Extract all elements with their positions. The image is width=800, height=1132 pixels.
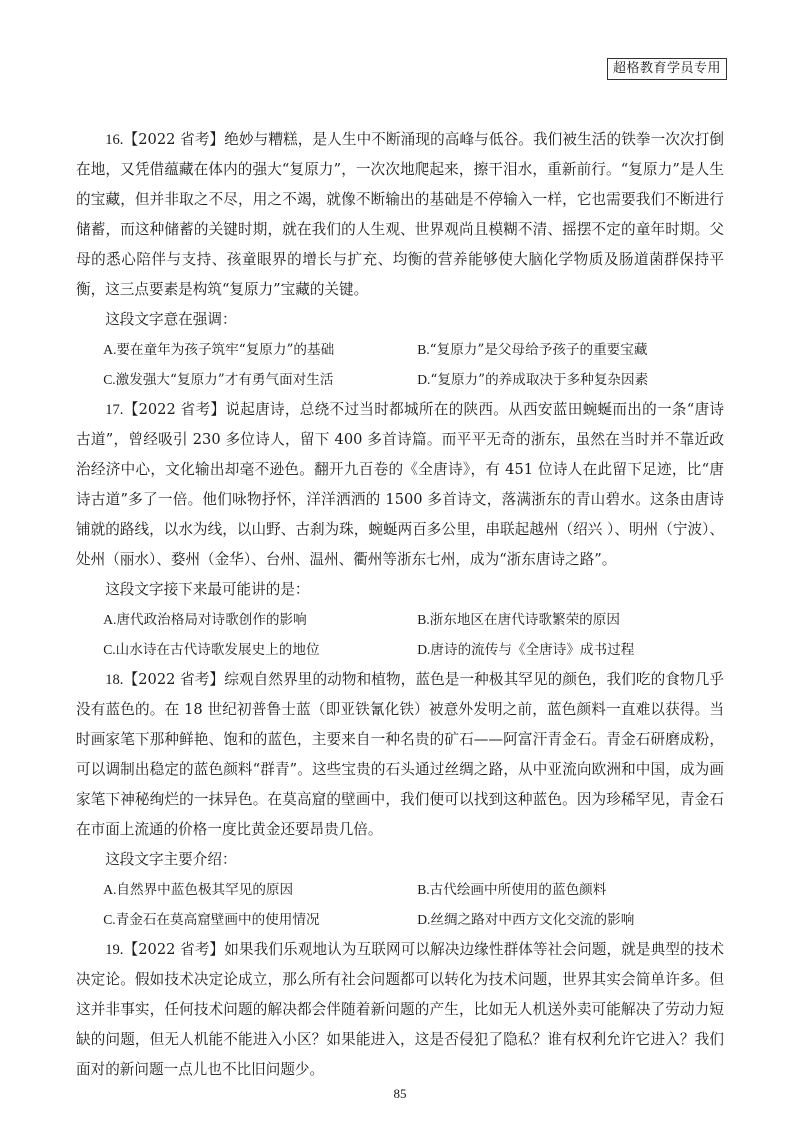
page-content: 16.【2022 省考】绝妙与糟糕，是人生中不断涌现的高峰与低谷。我们被生活的铁…	[76, 125, 724, 1085]
option-text: 激发强大“复原力”才有勇气面对生活	[116, 372, 334, 388]
option-text: 青金石在莫高窟壁画中的使用情况	[116, 912, 320, 928]
passage-text: 绝妙与糟糕，是人生中不断涌现的高峰与低谷。我们被生活的铁拳一次次打倒在地，又凭借…	[76, 131, 724, 298]
option-text: 要在童年为孩子筑牢“复原力”的基础	[116, 342, 334, 358]
question-number: 18.	[105, 672, 123, 688]
option-text: 山水诗在古代诗歌发展史上的地位	[116, 642, 320, 658]
option-c[interactable]: C.山水诗在古代诗歌发展史上的地位	[103, 635, 417, 665]
question-number: 19.	[105, 942, 123, 958]
passage-text: 说起唐诗，总绕不过当时都城所在的陕西。从西安蓝田蜿蜒而出的一条“唐诗古道”，曾经…	[76, 401, 724, 568]
passage-text: 综观自然界里的动物和植物，蓝色是一种极其罕见的颜色，我们吃的食物几乎没有蓝色的。…	[76, 671, 724, 838]
option-c[interactable]: C.激发强大“复原力”才有勇气面对生活	[103, 365, 417, 395]
option-letter: B.	[417, 882, 429, 897]
option-letter: C.	[103, 642, 115, 657]
option-text: “复原力”是父母给予孩子的重要宝藏	[430, 342, 648, 358]
option-d[interactable]: D.唐诗的流传与《全唐诗》成书过程	[417, 635, 731, 665]
question-source: 【2022 省考】	[123, 941, 224, 958]
option-letter: C.	[103, 912, 115, 927]
option-letter: A.	[103, 342, 116, 357]
question-passage: 17.【2022 省考】说起唐诗，总绕不过当时都城所在的陕西。从西安蓝田蜿蜒而出…	[76, 395, 724, 575]
option-d[interactable]: D.“复原力”的养成取决于多种复杂因素	[417, 365, 731, 395]
option-letter: B.	[417, 612, 429, 627]
question-number: 17.	[105, 402, 123, 418]
option-letter: D.	[417, 642, 430, 657]
option-text: “复原力”的养成取决于多种复杂因素	[430, 372, 648, 388]
option-d[interactable]: D.丝绸之路对中西方文化交流的影响	[417, 905, 731, 935]
option-a[interactable]: A.唐代政治格局对诗歌创作的影响	[103, 605, 417, 635]
question-passage: 18.【2022 省考】综观自然界里的动物和植物，蓝色是一种极其罕见的颜色，我们…	[76, 665, 724, 845]
question-prompt: 这段文字接下来最可能讲的是：	[76, 575, 724, 605]
header-badge: 超格教育学员专用	[607, 58, 727, 80]
options-list: A.唐代政治格局对诗歌创作的影响 B.浙东地区在唐代诗歌繁荣的原因 C.山水诗在…	[76, 605, 724, 665]
option-text: 唐诗的流传与《全唐诗》成书过程	[430, 642, 634, 658]
question-source: 【2022 省考】	[123, 131, 224, 148]
option-letter: B.	[417, 342, 429, 357]
option-letter: D.	[417, 372, 430, 387]
option-text: 古代绘画中所使用的蓝色颜料	[430, 882, 607, 898]
question-16: 16.【2022 省考】绝妙与糟糕，是人生中不断涌现的高峰与低谷。我们被生活的铁…	[76, 125, 724, 395]
option-text: 自然界中蓝色极其罕见的原因	[116, 882, 293, 898]
question-passage: 19.【2022 省考】如果我们乐观地认为互联网可以解决边缘性群体等社会问题，就…	[76, 935, 724, 1085]
option-b[interactable]: B.古代绘画中所使用的蓝色颜料	[417, 875, 731, 905]
option-text: 唐代政治格局对诗歌创作的影响	[116, 612, 306, 628]
question-source: 【2022 省考】	[123, 671, 224, 688]
question-passage: 16.【2022 省考】绝妙与糟糕，是人生中不断涌现的高峰与低谷。我们被生活的铁…	[76, 125, 724, 305]
option-letter: C.	[103, 372, 115, 387]
question-prompt: 这段文字意在强调：	[76, 305, 724, 335]
option-b[interactable]: B.浙东地区在唐代诗歌繁荣的原因	[417, 605, 731, 635]
question-19: 19.【2022 省考】如果我们乐观地认为互联网可以解决边缘性群体等社会问题，就…	[76, 935, 724, 1085]
page-number: 85	[0, 1086, 800, 1102]
option-a[interactable]: A.要在童年为孩子筑牢“复原力”的基础	[103, 335, 417, 365]
options-list: A.自然界中蓝色极其罕见的原因 B.古代绘画中所使用的蓝色颜料 C.青金石在莫高…	[76, 875, 724, 935]
option-c[interactable]: C.青金石在莫高窟壁画中的使用情况	[103, 905, 417, 935]
question-17: 17.【2022 省考】说起唐诗，总绕不过当时都城所在的陕西。从西安蓝田蜿蜒而出…	[76, 395, 724, 665]
question-number: 16.	[105, 132, 123, 148]
option-text: 浙东地区在唐代诗歌繁荣的原因	[430, 612, 620, 628]
option-letter: D.	[417, 912, 430, 927]
option-text: 丝绸之路对中西方文化交流的影响	[430, 912, 634, 928]
option-letter: A.	[103, 882, 116, 897]
question-source: 【2022 省考】	[123, 401, 225, 418]
question-18: 18.【2022 省考】综观自然界里的动物和植物，蓝色是一种极其罕见的颜色，我们…	[76, 665, 724, 935]
options-list: A.要在童年为孩子筑牢“复原力”的基础 B.“复原力”是父母给予孩子的重要宝藏 …	[76, 335, 724, 395]
passage-text: 如果我们乐观地认为互联网可以解决边缘性群体等社会问题，就是典型的技术决定论。假如…	[76, 941, 724, 1078]
option-b[interactable]: B.“复原力”是父母给予孩子的重要宝藏	[417, 335, 731, 365]
option-a[interactable]: A.自然界中蓝色极其罕见的原因	[103, 875, 417, 905]
question-prompt: 这段文字主要介绍：	[76, 845, 724, 875]
option-letter: A.	[103, 612, 116, 627]
